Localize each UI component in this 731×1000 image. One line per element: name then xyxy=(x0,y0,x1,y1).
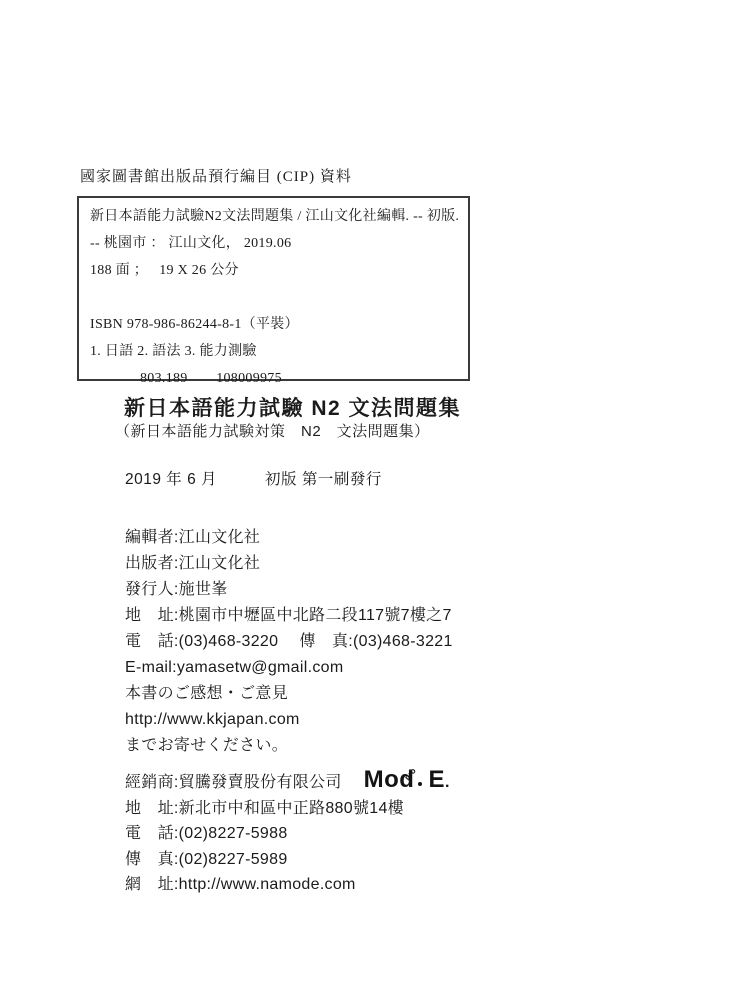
book-title: 新日本語能力試驗 N2 文法問題集 xyxy=(124,392,461,422)
namode-logo: Mod pro E . xyxy=(364,767,450,796)
distributor-name: 經銷商:貿騰發賣股份有限公司 xyxy=(125,770,342,796)
distributor-phone-line: 電 話:(02)8227-5988 xyxy=(125,821,450,847)
email-line: E-mail:yamasetw@gmail.com xyxy=(125,655,453,681)
cip-line-subjects: 1. 日語 2. 語法 3. 能力測驗 xyxy=(90,338,468,365)
namode-pro-flourish-icon: pro xyxy=(414,767,428,789)
publisher-address-line: 地 址:桃園市中壢區中北路二段117號7樓之7 xyxy=(125,603,453,629)
cip-line-imprint: -- 桃園市 ： 江山文化， 2019.06 xyxy=(90,230,468,257)
distributor-website-line: 網 址:http://www.namode.com xyxy=(125,872,450,898)
distributor-address-line: 地 址:新北市中和區中正路880號14樓 xyxy=(125,796,450,822)
cip-line-isbn: ISBN 978-986-86244-8-1（平裝） xyxy=(90,311,468,338)
namode-tick-icon xyxy=(418,782,422,786)
namode-logo-e: E xyxy=(428,767,445,793)
cip-line-title: 新日本語能力試驗N2文法問題集 / 江山文化社編輯. -- 初版. xyxy=(90,203,468,230)
feedback-closing-line: までお寄せください。 xyxy=(125,733,453,759)
book-subtitle: （新日本語能力試験対策 N2 文法問題集） xyxy=(115,420,430,441)
colophon-page: 國家圖書館出版品預行編目 (CIP) 資料 新日本語能力試驗N2文法問題集 / … xyxy=(0,0,731,1000)
editor-line: 編輯者:江山文化社 xyxy=(125,525,453,551)
feedback-url-line: http://www.kkjapan.com xyxy=(125,707,453,733)
publisher-line: 出版者:江山文化社 xyxy=(125,551,453,577)
publisher-phone-fax-line: 電 話:(03)468-3220 傳 真:(03)468-3221 xyxy=(125,629,453,655)
cip-line-blank xyxy=(90,284,468,311)
feedback-note-line: 本書のご感想・ご意見 xyxy=(125,681,453,707)
distributor-fax-line: 傳 真:(02)8227-5989 xyxy=(125,847,450,873)
edition-line: 2019 年 6 月 初版 第一刷發行 xyxy=(125,467,382,489)
issuer-line: 發行人:施世峯 xyxy=(125,577,453,603)
distributor-name-line: 經銷商:貿騰發賣股份有限公司 Mod pro E . xyxy=(125,770,450,796)
cip-header: 國家圖書館出版品預行編目 (CIP) 資料 xyxy=(80,165,352,186)
cip-line-classification: 803.189 108009975 xyxy=(90,365,468,392)
publisher-block: 編輯者:江山文化社 出版者:江山文化社 發行人:施世峯 地 址:桃園市中壢區中北… xyxy=(125,525,453,759)
cip-line-collation: 188 面 ； 19 X 26 公分 xyxy=(90,257,468,284)
distributor-block: 經銷商:貿騰發賣股份有限公司 Mod pro E . 地 址:新北市中和區中正路… xyxy=(125,770,450,898)
cip-box: 新日本語能力試驗N2文法問題集 / 江山文化社編輯. -- 初版. -- 桃園市… xyxy=(77,196,470,381)
